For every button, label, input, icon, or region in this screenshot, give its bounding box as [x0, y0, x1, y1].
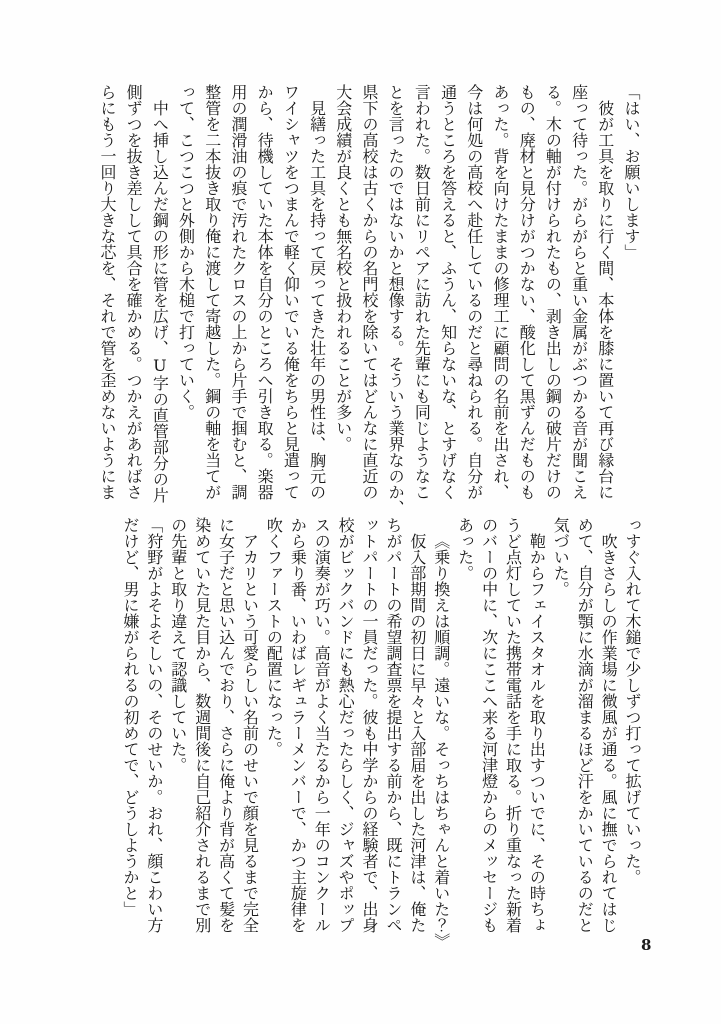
- text-line: 用の潤滑油の痕で汚れたクロスの上から片手で掴むと、調: [225, 84, 251, 512]
- text-line: っすぐ入れて木鎚で少しずつ打って拡げていった。: [620, 517, 644, 945]
- text-line: 「狩野がよそよそしいの、そのせいか。おれ、顔こわい方: [142, 517, 166, 945]
- text-line: あった。背を向けたままの修理工に顧問の名前を出され、: [487, 84, 513, 512]
- text-line: 校がビックバンドにも熱心だったらしく、ジャズやポップ: [333, 517, 357, 945]
- page-number: 8: [641, 936, 651, 954]
- text-line: 言われた。数日前にリペアに訪れた先輩にも同じようなこ: [408, 84, 434, 512]
- text-line: 県下の高校は古くからの名門校を除いてはどんなに直近の: [356, 84, 382, 512]
- text-line: アカリという可愛らしい名前のせいで顔を見るまで完全: [238, 517, 262, 945]
- text-line: 中へ挿し込んだ鋼の形に管を広げ、U字の直管部分の片: [146, 84, 172, 512]
- text-line: 染めていた見た目から、数週間後に自己紹介されるまで別: [190, 517, 214, 945]
- text-line: うど点灯していた携帯電話を手に取る。折り重なった新着: [501, 517, 525, 945]
- text-line: の先輩と取り違えて認識していた。: [166, 517, 190, 945]
- text-line: 見繕った工具を持って戻ってきた壮年の男性は、胸元の: [303, 84, 329, 512]
- book-page: 「はい、お願いします」 彼が工具を取りに行く間、本体を膝に置いて再び縁台に 座っ…: [0, 0, 721, 1024]
- text-line: 吹くファーストの配置になった。: [262, 517, 286, 945]
- text-line: ットパートの一員だった。彼も中学からの経験者で、出身: [357, 517, 381, 945]
- text-line: だけど、男に嫌がられるの初めてで、どうしようかと」: [118, 517, 142, 945]
- text-line: 吹きさらしの作業場に微風が通る。風に撫でられてはじ: [596, 517, 620, 945]
- text-block-lower: っすぐ入れて木鎚で少しずつ打って拡げていった。 吹きさらしの作業場に微風が通る。…: [118, 517, 644, 945]
- text-line: 仮入部期間の初日に早々と入部届を出した河津は、俺た: [405, 517, 429, 945]
- text-line: 座って待った。がらがらと重い金属がぶつかる音が聞こえ: [565, 84, 591, 512]
- text-line: に女子だと思い込んでおり、さらに俺より背が高くて髪を: [214, 517, 238, 945]
- text-line: あった。: [453, 517, 477, 945]
- text-line: 「はい、お願いします」: [618, 84, 644, 512]
- text-line: 大会成績が良くとも無名校と扱われることが多い。: [330, 84, 356, 512]
- text-line: のバーの中に、次にここへ来る河津燈からのメッセージも: [477, 517, 501, 945]
- text-line: 彼が工具を取りに行く間、本体を膝に置いて再び縁台に: [592, 84, 618, 512]
- text-line: ワイシャツをつまんで軽く仰いでいる俺をちらと見遣って: [277, 84, 303, 512]
- text-line: もの、廃材と見分けがつかない、酸化して黒ずんだものも: [513, 84, 539, 512]
- text-line: とを言ったのではないかと想像する。そういう業界なのか、: [382, 84, 408, 512]
- text-line: 今は何処の高校へ赴任しているのだと尋ねられる。自分が: [461, 84, 487, 512]
- text-block-upper: 「はい、お願いします」 彼が工具を取りに行く間、本体を膝に置いて再び縁台に 座っ…: [94, 84, 644, 512]
- text-line: 気づいた。: [548, 517, 572, 945]
- text-line: らにもう一回り大きな芯を、それで管を歪めないようにま: [94, 84, 120, 512]
- text-line: ちがパートの希望調査票を提出する前から、既にトランペ: [381, 517, 405, 945]
- text-line: 《乗り換えは順調。遠いな。そっちはちゃんと着いた？》: [429, 517, 453, 945]
- text-line: めて、自分が顎に水滴が溜まるほど汗をかいているのだと: [572, 517, 596, 945]
- text-line: 整管を二本抜き取り俺に渡して寄越した。鋼の軸を当てが: [199, 84, 225, 512]
- text-line: スの演奏が巧い。高音がよく当たるから一年のコンクール: [309, 517, 333, 945]
- text-line: 通うところを答えると、ふうん、知らないな、とすげなく: [434, 84, 460, 512]
- text-line: って、こつこつと外側から木槌で打っていく。: [172, 84, 198, 512]
- text-line: る。木の軸が付けられたもの、剥き出しの鋼の破片だけの: [539, 84, 565, 512]
- text-line: から乗り番、いわばレギュラーメンバーで、かつ主旋律を: [285, 517, 309, 945]
- text-line: 鞄からフェイスタオルを取り出すついでに、その時ちょ: [524, 517, 548, 945]
- text-line: から、待機していた本体を自分のところへ引き取る。楽器: [251, 84, 277, 512]
- text-line: 側ずつを抜き差しして具合を確かめる。つかえがあればさ: [120, 84, 146, 512]
